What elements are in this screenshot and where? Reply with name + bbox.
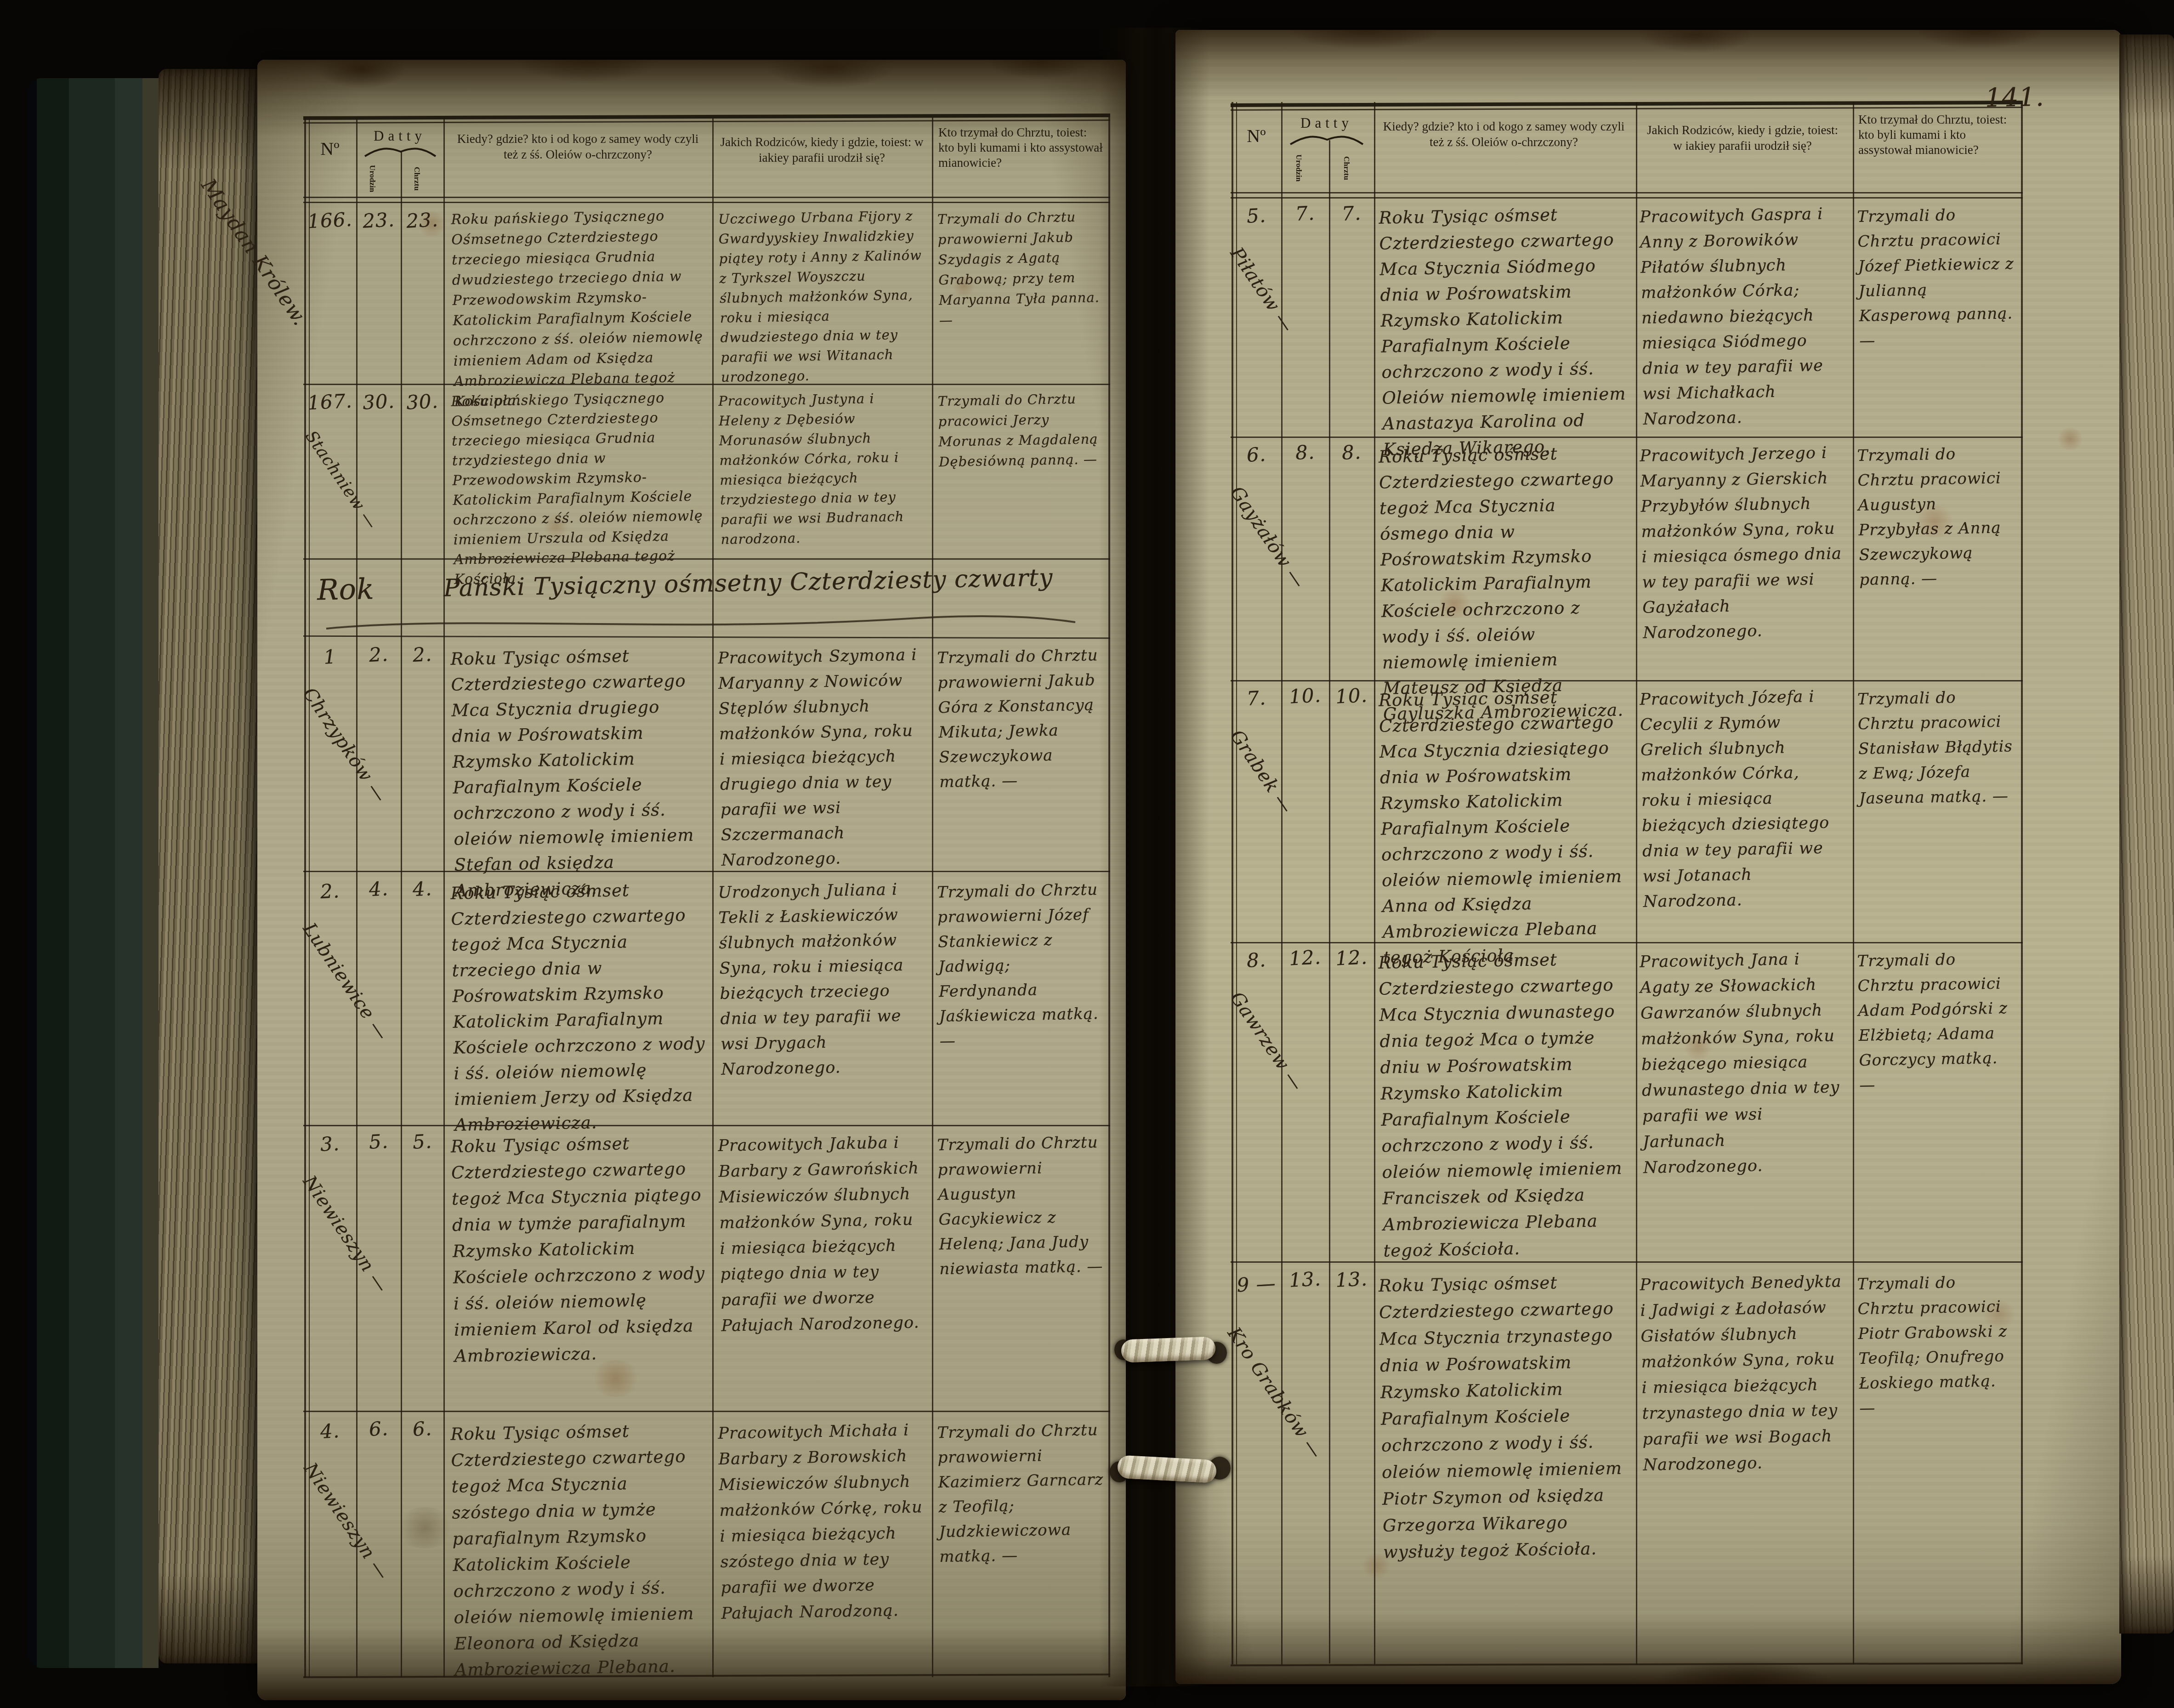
header-born: Urodzin bbox=[1294, 147, 1303, 189]
table-rule bbox=[1281, 102, 1283, 1664]
entry-4-parents: Pracowitych Michała i Barbary z Borowski… bbox=[718, 1417, 926, 1627]
entry-8-no: 8. bbox=[1233, 948, 1280, 972]
entry-7-no: 7. bbox=[1233, 686, 1280, 710]
entry-4-godparents: Trzymali do Chrztu prawowierni Kazimierz… bbox=[937, 1418, 1105, 1569]
entry-2-born: 4. bbox=[358, 877, 400, 902]
header-baptized: Chrztu bbox=[412, 158, 421, 200]
entry-166-parents: Uczciwego Urbana Fijory z Gwardyyskiey I… bbox=[718, 206, 926, 387]
header-when: Kiedy? gdzie? kto i od kogo z samey wody… bbox=[1381, 119, 1627, 150]
table-rule bbox=[712, 117, 714, 1677]
entry-1-no: 1 bbox=[305, 644, 355, 669]
book-cover-edge bbox=[28, 78, 159, 1668]
entry-8-when: Roku Tysiąc ośmset Czterdziestego czwart… bbox=[1378, 945, 1629, 1264]
table-rule bbox=[1374, 102, 1375, 1664]
header-godparents: Kto trzymał do Chrztu, toiest: kto byli … bbox=[938, 125, 1104, 170]
entry-3-when: Roku Tysiąc ośmset Czterdziestego czwart… bbox=[451, 1129, 707, 1369]
entry-167-parents: Pracowitych Justyna i Heleny z Dębesiów … bbox=[718, 388, 925, 550]
table-rule bbox=[1236, 102, 1237, 1664]
entry-3-parents: Pracowitych Jakuba i Barbary z Gawroński… bbox=[718, 1129, 926, 1339]
header-parents: Jakich Rodziców, kiedy i gdzie, toiest: … bbox=[1641, 122, 1844, 153]
header-born: Urodzin bbox=[368, 158, 377, 200]
entry-9-when: Roku Tysiąc ośmset Czterdziestego czwart… bbox=[1378, 1268, 1629, 1566]
entry-6-born: 8. bbox=[1283, 440, 1328, 465]
table-rule bbox=[303, 197, 1110, 198]
header-baptized: Chrztu bbox=[1342, 147, 1351, 189]
entry-5-no: 5. bbox=[1233, 203, 1280, 228]
header-datty: Datty bbox=[358, 128, 442, 144]
entry-7-born: 10. bbox=[1283, 684, 1328, 709]
page-number: 141. bbox=[1985, 82, 2044, 113]
table-rule bbox=[1231, 1261, 2023, 1263]
entry-8-parents: Pracowitych Jana i Agaty ze Słowackich G… bbox=[1640, 946, 1846, 1181]
entry-2-parents: Urodzonych Juliana i Tekli z Łaskiewiczó… bbox=[718, 877, 926, 1083]
entry-166-godparents: Trzymali do Chrztu prawowierni Jakub Szy… bbox=[937, 206, 1105, 330]
header-godparents: Kto trzymał do Chrztu, toiest: kto byli … bbox=[1858, 112, 2017, 158]
entry-5-baptized: 7. bbox=[1330, 201, 1373, 226]
entry-166-born: 23. bbox=[358, 208, 400, 233]
entry-5-born: 7. bbox=[1283, 201, 1328, 226]
entry-9-baptized: 13. bbox=[1330, 1267, 1373, 1292]
entry-166-no: 166. bbox=[305, 208, 355, 233]
entry-2-no: 2. bbox=[305, 879, 355, 903]
entry-1-born: 2. bbox=[358, 642, 400, 667]
entry-167-born: 30. bbox=[358, 390, 400, 414]
book-gutter bbox=[1099, 28, 1209, 1686]
entry-3-born: 5. bbox=[358, 1129, 400, 1154]
entry-167-godparents: Trzymali do Chrztu pracowici Jerzy Morun… bbox=[937, 388, 1104, 472]
table-rule bbox=[2021, 102, 2023, 1664]
table-rule bbox=[1853, 102, 1854, 1664]
entry-8-godparents: Trzymali do Chrztu pracowici Adam Podgór… bbox=[1857, 946, 2016, 1098]
header-no: Nº bbox=[1233, 125, 1279, 147]
entry-2-godparents: Trzymali do Chrztu prawowierni Józef Sta… bbox=[937, 877, 1106, 1054]
entry-6-baptized: 8. bbox=[1330, 440, 1373, 465]
table-rule bbox=[1231, 192, 2023, 193]
header-when: Kiedy? gdzie? kto i od kogo z samey wody… bbox=[453, 131, 703, 162]
entry-1-godparents: Trzymali do Chrztu prawowierni Jakub Gór… bbox=[937, 643, 1105, 794]
entry-7-parents: Pracowitych Józefa i Cecylii z Rymów Gre… bbox=[1640, 684, 1846, 915]
table-rule bbox=[1636, 102, 1637, 1664]
table-rule bbox=[303, 384, 1110, 385]
header-parents: Jakich Rodziców, kiedy i gdzie, toiest: … bbox=[720, 134, 924, 165]
entry-3-godparents: Trzymali do Chrztu prawowierni Augustyn … bbox=[937, 1130, 1105, 1282]
table-rule bbox=[303, 871, 1110, 872]
entry-167-when: Roku pańskiego Tysiącznego Ośmsetnego Cz… bbox=[451, 387, 706, 589]
entry-2-when: Roku Tysiąc ośmset Czterdziestego czwart… bbox=[450, 876, 707, 1138]
entry-9-born: 13. bbox=[1283, 1267, 1328, 1292]
year-row-rok: Rok bbox=[317, 571, 432, 607]
entry-1-parents: Pracowitych Szymona i Maryanny z Nowiców… bbox=[718, 642, 926, 874]
entry-167-baptized: 30. bbox=[402, 390, 443, 414]
table-rule bbox=[303, 1411, 1110, 1412]
brace-icon bbox=[362, 146, 438, 157]
brace-icon bbox=[1288, 134, 1366, 145]
table-rule bbox=[1108, 117, 1110, 1677]
scanned-register-book: Nº Datty Urodzin Chrztu Kiedy? gdzie? kt… bbox=[0, 0, 2174, 1708]
entry-2-baptized: 4. bbox=[402, 877, 443, 901]
entry-4-baptized: 6. bbox=[402, 1417, 443, 1441]
entry-1-baptized: 2. bbox=[402, 642, 443, 667]
entry-7-godparents: Trzymali do Chrztu pracowici Stanisław B… bbox=[1857, 684, 2016, 811]
entry-4-no: 4. bbox=[305, 1419, 355, 1443]
entry-1-when: Roku Tysiąc ośmset Czterdziestego czwart… bbox=[450, 642, 707, 903]
entry-9-no: 9 — bbox=[1233, 1271, 1280, 1296]
entry-166-when: Roku pańskiego Tysiącznego Ośmsetnego Cz… bbox=[451, 205, 706, 412]
table-rule bbox=[303, 558, 1110, 560]
entry-6-godparents: Trzymali do Chrztu pracowici Augustyn Pr… bbox=[1857, 441, 2016, 592]
entry-4-when: Roku Tysiąc ośmset Czterdziestego czwart… bbox=[450, 1417, 707, 1683]
table-rule bbox=[1231, 197, 2023, 199]
entry-4-born: 6. bbox=[358, 1417, 400, 1441]
entry-7-when: Roku Tysiąc ośmset Czterdziestego czwart… bbox=[1379, 683, 1629, 970]
entry-9-godparents: Trzymali do Chrztu pracowici Piotr Grabo… bbox=[1857, 1269, 2016, 1421]
page-stack-left bbox=[159, 69, 262, 1663]
entry-3-baptized: 5. bbox=[402, 1129, 443, 1154]
table-rule bbox=[401, 152, 402, 1677]
entry-5-parents: Pracowitych Gaspra i Anny z Borowików Pi… bbox=[1640, 201, 1846, 432]
header-no: Nº bbox=[306, 138, 354, 159]
table-rule bbox=[1232, 102, 1233, 1664]
entry-5-godparents: Trzymali do Chrztu pracowici Józef Pietk… bbox=[1857, 202, 2016, 353]
entry-166-baptized: 23. bbox=[402, 208, 443, 233]
page-stack-right bbox=[2119, 34, 2174, 1634]
flourish-underline bbox=[322, 607, 1080, 634]
entry-6-parents: Pracowitych Jerzego i Maryanny z Gierski… bbox=[1640, 440, 1845, 646]
table-rule bbox=[303, 1125, 1110, 1126]
table-rule bbox=[932, 117, 933, 1677]
entry-5-when: Roku Tysiąc ośmset Czterdziestego czwart… bbox=[1379, 201, 1629, 462]
table-rule bbox=[356, 117, 358, 1677]
binding-thread bbox=[1121, 1336, 1216, 1362]
entry-9-parents: Pracowitych Benedykta i Jadwigi z Ładoła… bbox=[1640, 1269, 1845, 1478]
table-rule bbox=[1329, 140, 1330, 1663]
table-rule bbox=[303, 202, 1110, 203]
entry-167-no: 167. bbox=[305, 389, 355, 414]
entry-7-baptized: 10. bbox=[1330, 684, 1373, 709]
header-datty: Datty bbox=[1283, 115, 1370, 131]
entry-8-baptized: 12. bbox=[1330, 946, 1373, 970]
entry-8-born: 12. bbox=[1283, 946, 1328, 970]
table-rule bbox=[443, 117, 445, 1677]
entry-3-no: 3. bbox=[305, 1131, 355, 1156]
entry-6-no: 6. bbox=[1233, 442, 1280, 467]
